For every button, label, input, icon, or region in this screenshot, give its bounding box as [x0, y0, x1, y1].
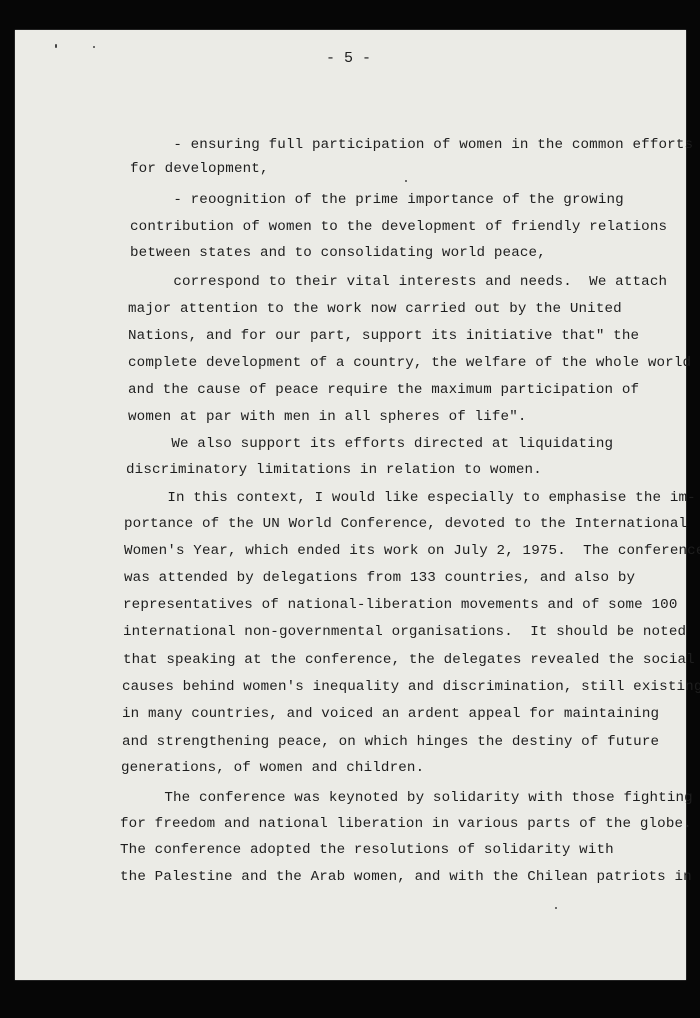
text-line: contribution of women to the development… — [130, 219, 667, 235]
text-line: - reoognition of the prime importance of… — [130, 192, 624, 208]
text-line: causes behind women's inequality and dis… — [122, 679, 700, 695]
text-line: generations, of women and children. — [121, 760, 424, 776]
text-line: the Palestine and the Arab women, and wi… — [120, 869, 692, 885]
text-line: We also support its efforts directed at … — [128, 436, 613, 452]
text-line: In this context, I would like especially… — [124, 490, 696, 506]
text-line: and strengthening peace, on which hinges… — [122, 734, 659, 750]
text-line: correspond to their vital interests and … — [130, 274, 667, 290]
text-line: for development, — [130, 161, 269, 177]
text-line: in many countries, and voiced an ardent … — [122, 706, 659, 722]
text-line: for freedom and national liberation in v… — [120, 816, 692, 832]
text-line: major attention to the work now carried … — [128, 301, 622, 317]
text-line: complete development of a country, the w… — [128, 355, 691, 371]
paper-speck — [55, 44, 57, 48]
text-line: women at par with men in all spheres of … — [128, 409, 527, 425]
text-line: discriminatory limitations in relation t… — [126, 462, 542, 478]
text-line: Women's Year, which ended its work on Ju… — [124, 543, 700, 559]
text-line: The conference was keynoted by solidarit… — [121, 790, 693, 806]
text-line: Nations, and for our part, support its i… — [128, 328, 639, 344]
text-line: that speaking at the conference, the del… — [123, 652, 695, 668]
text-line: between states and to consolidating worl… — [130, 245, 546, 261]
paper-speck — [93, 46, 95, 48]
paper-speck — [555, 907, 557, 909]
text-line: representatives of national-liberation m… — [123, 597, 678, 613]
page-number: - 5 - — [326, 50, 371, 67]
text-line: international non-governmental organisat… — [123, 624, 686, 640]
text-line: and the cause of peace require the maxim… — [128, 382, 639, 398]
paper-speck — [405, 180, 407, 182]
text-line: portance of the UN World Conference, dev… — [124, 516, 687, 532]
text-line: The conference adopted the resolutions o… — [120, 842, 614, 858]
text-line: was attended by delegations from 133 cou… — [124, 570, 635, 586]
text-line: - ensuring full participation of women i… — [130, 137, 693, 153]
